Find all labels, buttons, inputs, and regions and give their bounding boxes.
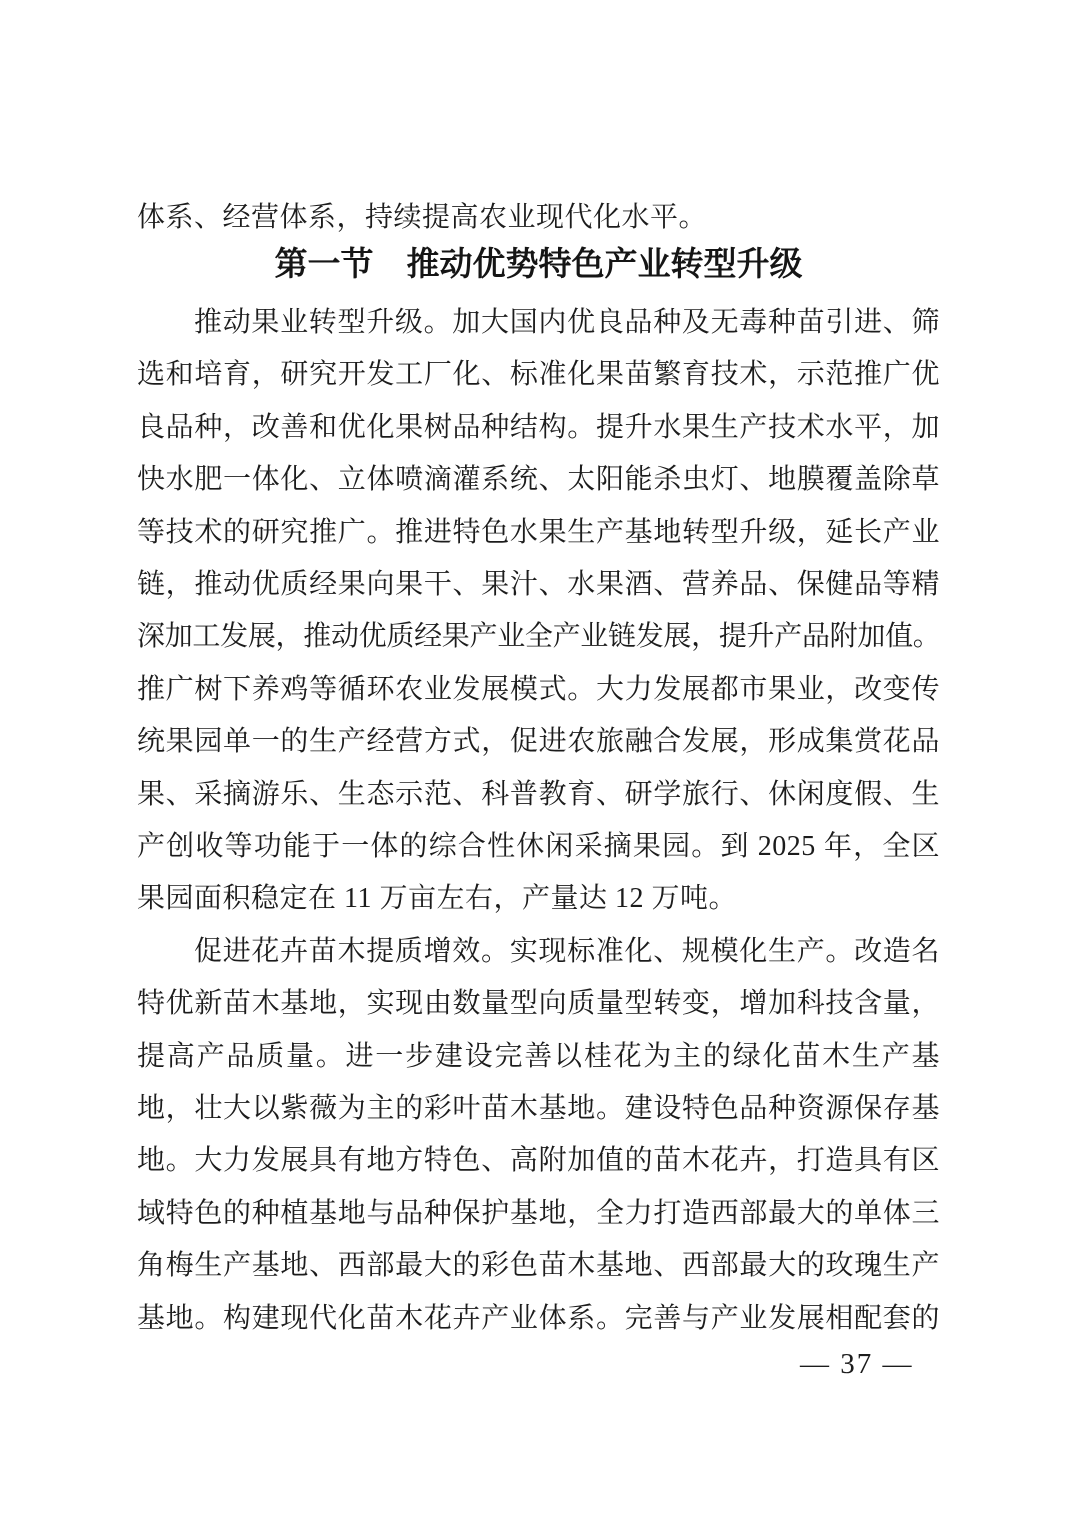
- text-line: 良品种，改善和优化果树品种结构。提升水果生产技术水平，加: [137, 412, 940, 444]
- text-line: 选和培育，研究开发工厂化、标准化果苗繁育技术，示范推广优: [137, 359, 940, 391]
- section-heading: 第一节 推动优势特色产业转型升级: [137, 247, 940, 283]
- text-line: 域特色的种植基地与品种保护基地，全力打造西部最大的单体三: [137, 1198, 940, 1230]
- text-line: 推广树下养鸡等循环农业发展模式。大力发展都市果业，改变传: [137, 674, 940, 706]
- text-line: 果、采摘游乐、生态示范、科普教育、研学旅行、休闲度假、生: [137, 779, 940, 811]
- text-line: 统果园单一的生产经营方式，促进农旅融合发展，形成集赏花品: [137, 726, 940, 758]
- text-line: 等技术的研究推广。推进特色水果生产基地转型升级，延长产业: [137, 517, 940, 549]
- text-line: 特优新苗木基地，实现由数量型向质量型转变，增加科技含量，: [137, 988, 940, 1020]
- text-line: 地，壮大以紫薇为主的彩叶苗木基地。建设特色品种资源保存基: [137, 1093, 940, 1125]
- text-line: 果园面积稳定在 11 万亩左右，产量达 12 万吨。: [137, 883, 940, 915]
- text-line: 基地。构建现代化苗木花卉产业体系。完善与产业发展相配套的: [137, 1303, 940, 1335]
- text-line: 产创收等功能于一体的综合性休闲采摘果园。到 2025 年，全区: [137, 831, 940, 863]
- text-line: 提高产品质量。进一步建设完善以桂花为主的绿化苗木生产基: [137, 1041, 940, 1073]
- text-line: 体系、经营体系，持续提高农业现代化水平。: [137, 202, 940, 234]
- text-line: 推动果业转型升级。加大国内优良品种及无毒种苗引进、筛: [137, 307, 940, 339]
- text-line: 地。大力发展具有地方特色、高附加值的苗木花卉，打造具有区: [137, 1145, 940, 1177]
- text-line: 角梅生产基地、西部最大的彩色苗木基地、西部最大的玫瑰生产: [137, 1250, 940, 1282]
- page-number: — 37 —: [800, 1348, 914, 1381]
- text-line: 深加工发展，推动优质经果产业全产业链发展，提升产品附加值。: [137, 621, 940, 653]
- text-line: 促进花卉苗木提质增效。实现标准化、规模化生产。改造名: [137, 936, 940, 968]
- text-line: 链，推动优质经果向果干、果汁、水果酒、营养品、保健品等精: [137, 569, 940, 601]
- document-page: 体系、经营体系，持续提高农业现代化水平。 第一节 推动优势特色产业转型升级 推动…: [0, 0, 1074, 1520]
- text-line: 快水肥一体化、立体喷滴灌系统、太阳能杀虫灯、地膜覆盖除草: [137, 464, 940, 496]
